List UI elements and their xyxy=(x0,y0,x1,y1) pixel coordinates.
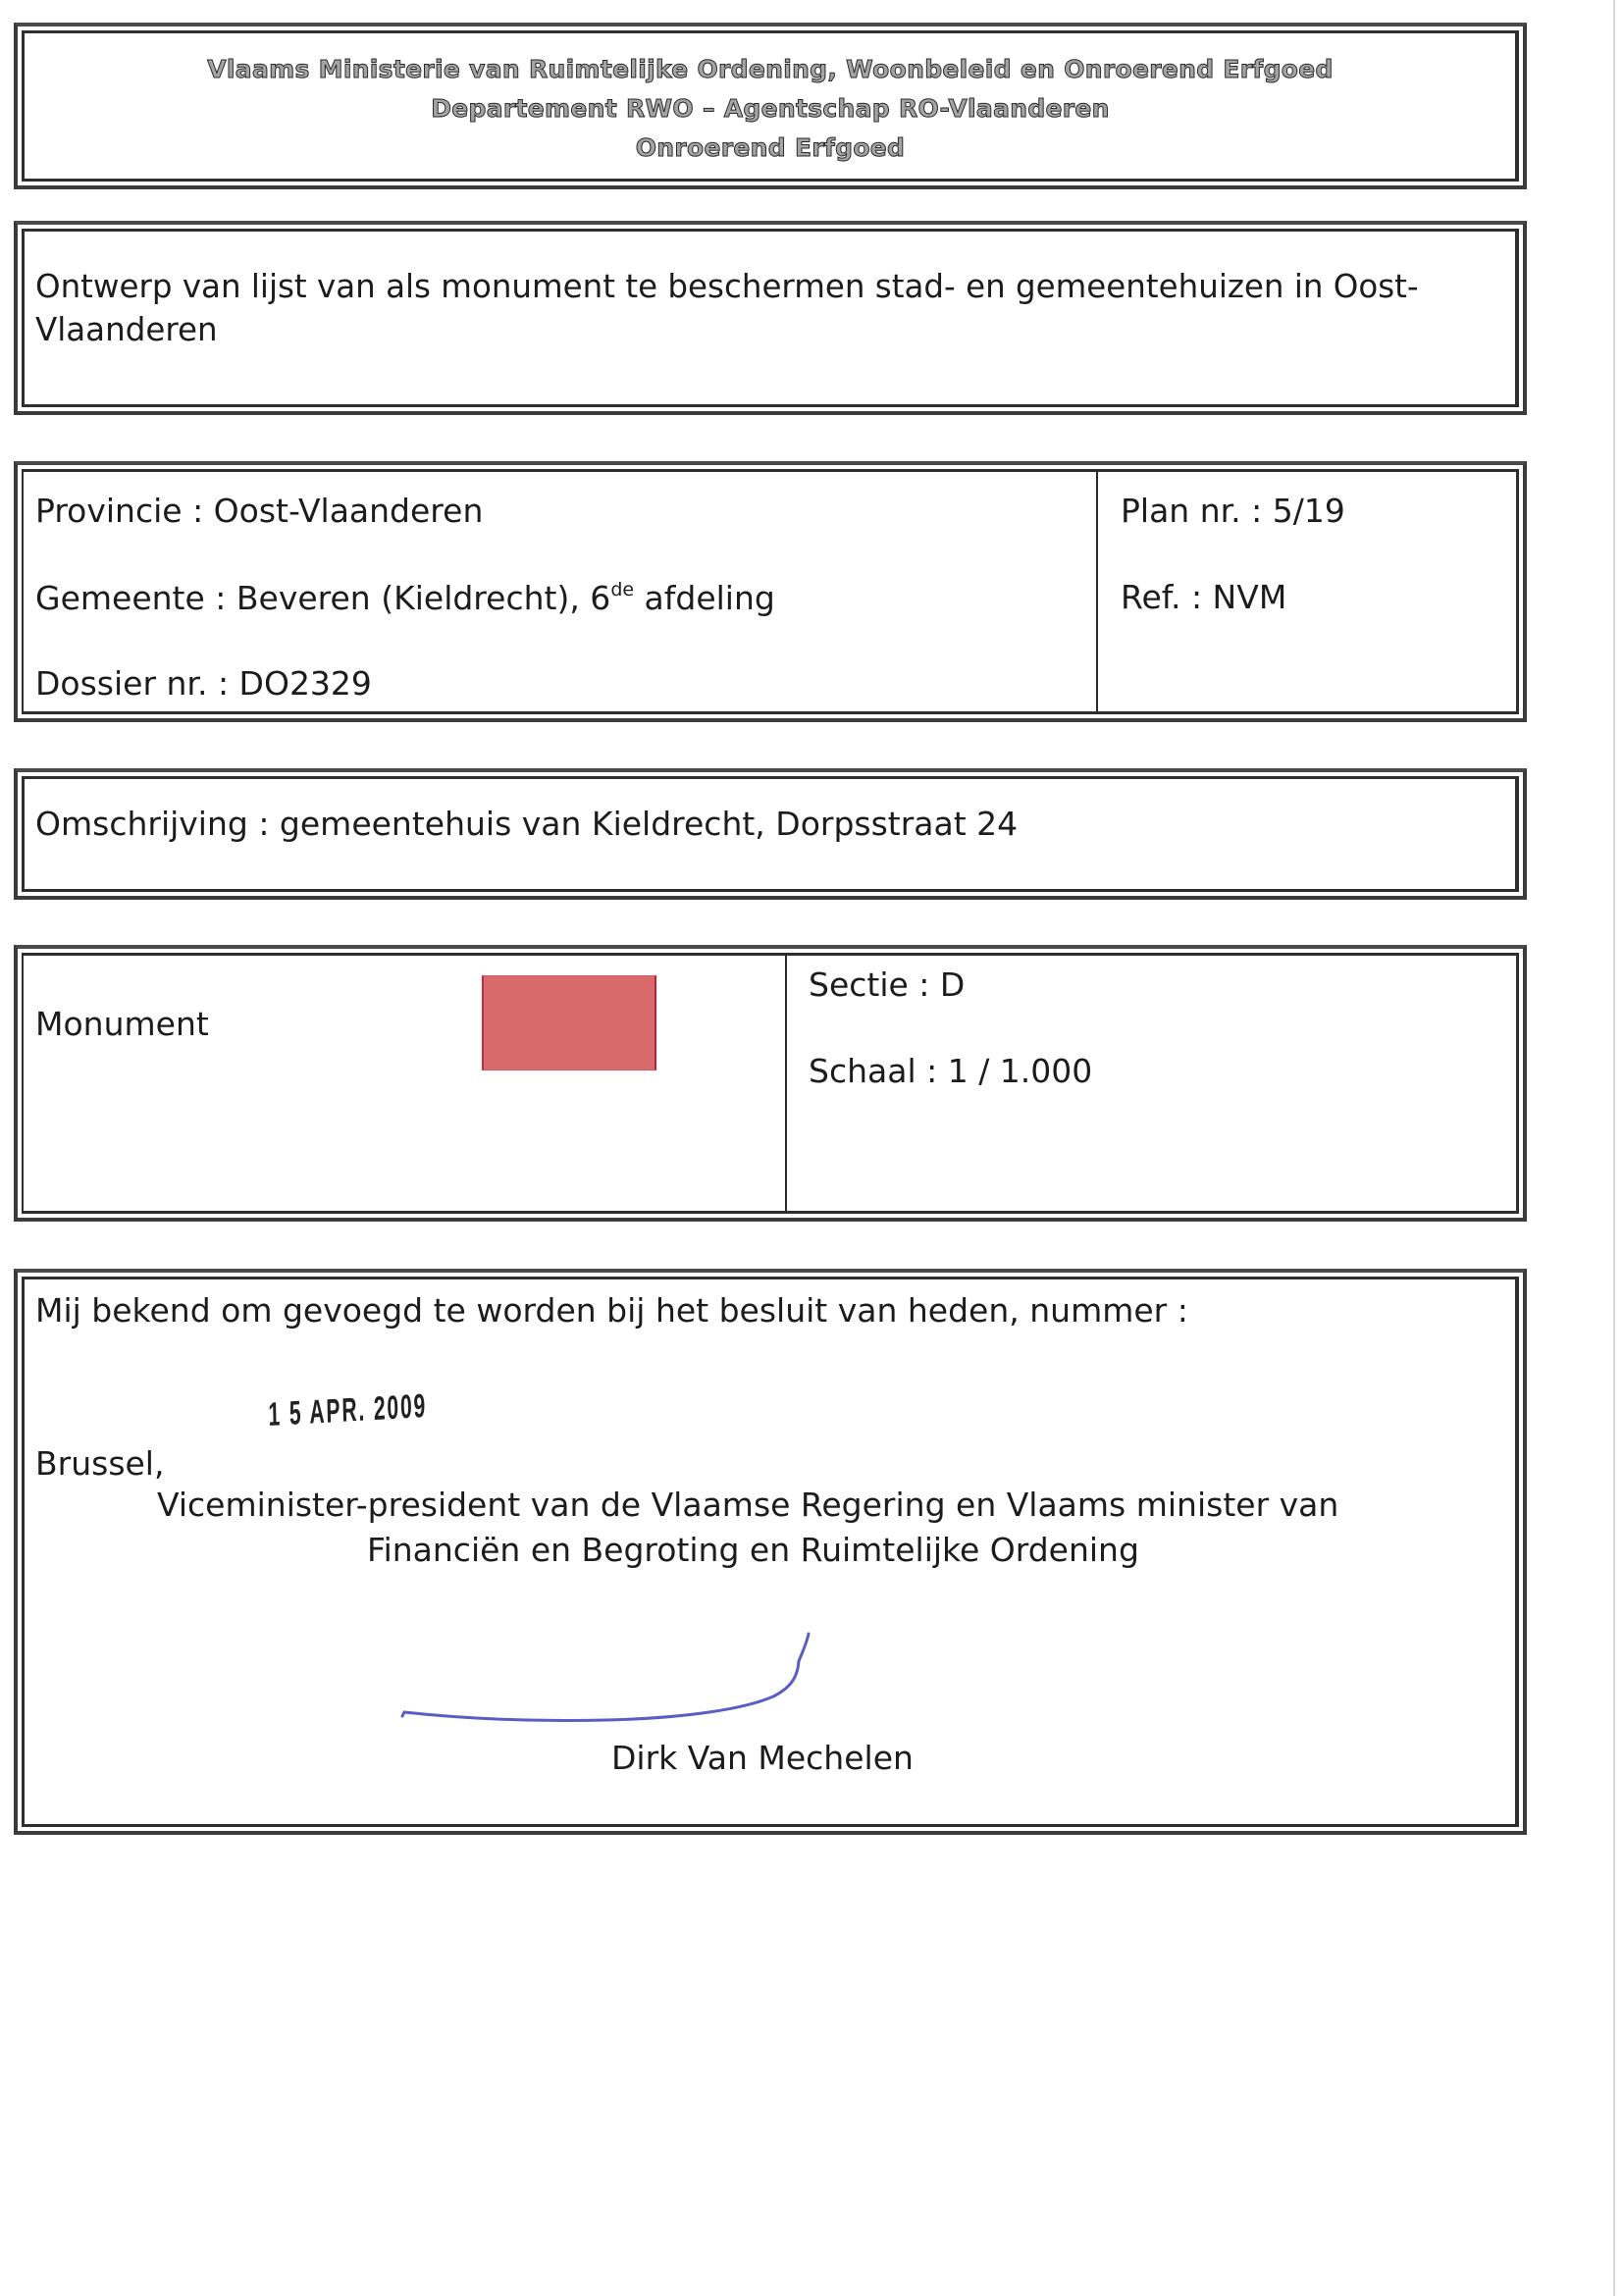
signatory-name: Dirk Van Mechelen xyxy=(611,1742,914,1774)
ministry-name: Vlaams Ministerie van Ruimtelijke Ordeni… xyxy=(18,57,1523,81)
department-name: Departement RWO – Agentschap RO-Vlaander… xyxy=(18,96,1523,121)
legend-column-divider xyxy=(785,956,787,1211)
gemeente-afdeling: afdeling xyxy=(634,579,775,617)
gemeente-field: Gemeente : Beveren (Kieldrecht), 6de afd… xyxy=(35,581,775,614)
gemeente-value: Gemeente : Beveren (Kieldrecht), 6 xyxy=(35,579,610,617)
monument-color-swatch xyxy=(482,975,656,1070)
legend-box: Monument Sectie : D Schaal : 1 / 1.000 xyxy=(14,945,1527,1222)
plan-number: Plan nr. : 5/19 xyxy=(1121,495,1345,527)
legend-box-inner-border xyxy=(22,953,1519,1214)
header-box: Vlaams Ministerie van Ruimtelijke Ordeni… xyxy=(14,23,1527,189)
title-box: Ontwerp van lijst van als monument te be… xyxy=(14,221,1527,415)
info-column-divider xyxy=(1096,472,1098,711)
provincie-field: Provincie : Oost-Vlaanderen xyxy=(35,495,483,527)
scan-edge-line xyxy=(1613,0,1615,2296)
gemeente-ordinal-suffix: de xyxy=(610,579,634,600)
schaal-field: Schaal : 1 / 1.000 xyxy=(809,1055,1092,1087)
monument-legend-label: Monument xyxy=(35,1008,209,1040)
dossier-number: Dossier nr. : DO2329 xyxy=(35,667,372,700)
agency-name: Onroerend Erfgoed xyxy=(18,135,1523,160)
sectie-field: Sectie : D xyxy=(809,968,965,1001)
document-title-line-1: Ontwerp van lijst van als monument te be… xyxy=(35,271,1419,303)
document-title-line-2: Vlaanderen xyxy=(35,314,218,346)
info-table: Provincie : Oost-Vlaanderen Gemeente : B… xyxy=(14,461,1527,722)
description-text: Omschrijving : gemeentehuis van Kieldrec… xyxy=(35,808,1018,840)
description-box: Omschrijving : gemeentehuis van Kieldrec… xyxy=(14,768,1527,900)
title-box-inner-border xyxy=(22,229,1519,407)
reference: Ref. : NVM xyxy=(1121,581,1286,613)
approval-box: Mij bekend om gevoegd te worden bij het … xyxy=(14,1269,1527,1835)
